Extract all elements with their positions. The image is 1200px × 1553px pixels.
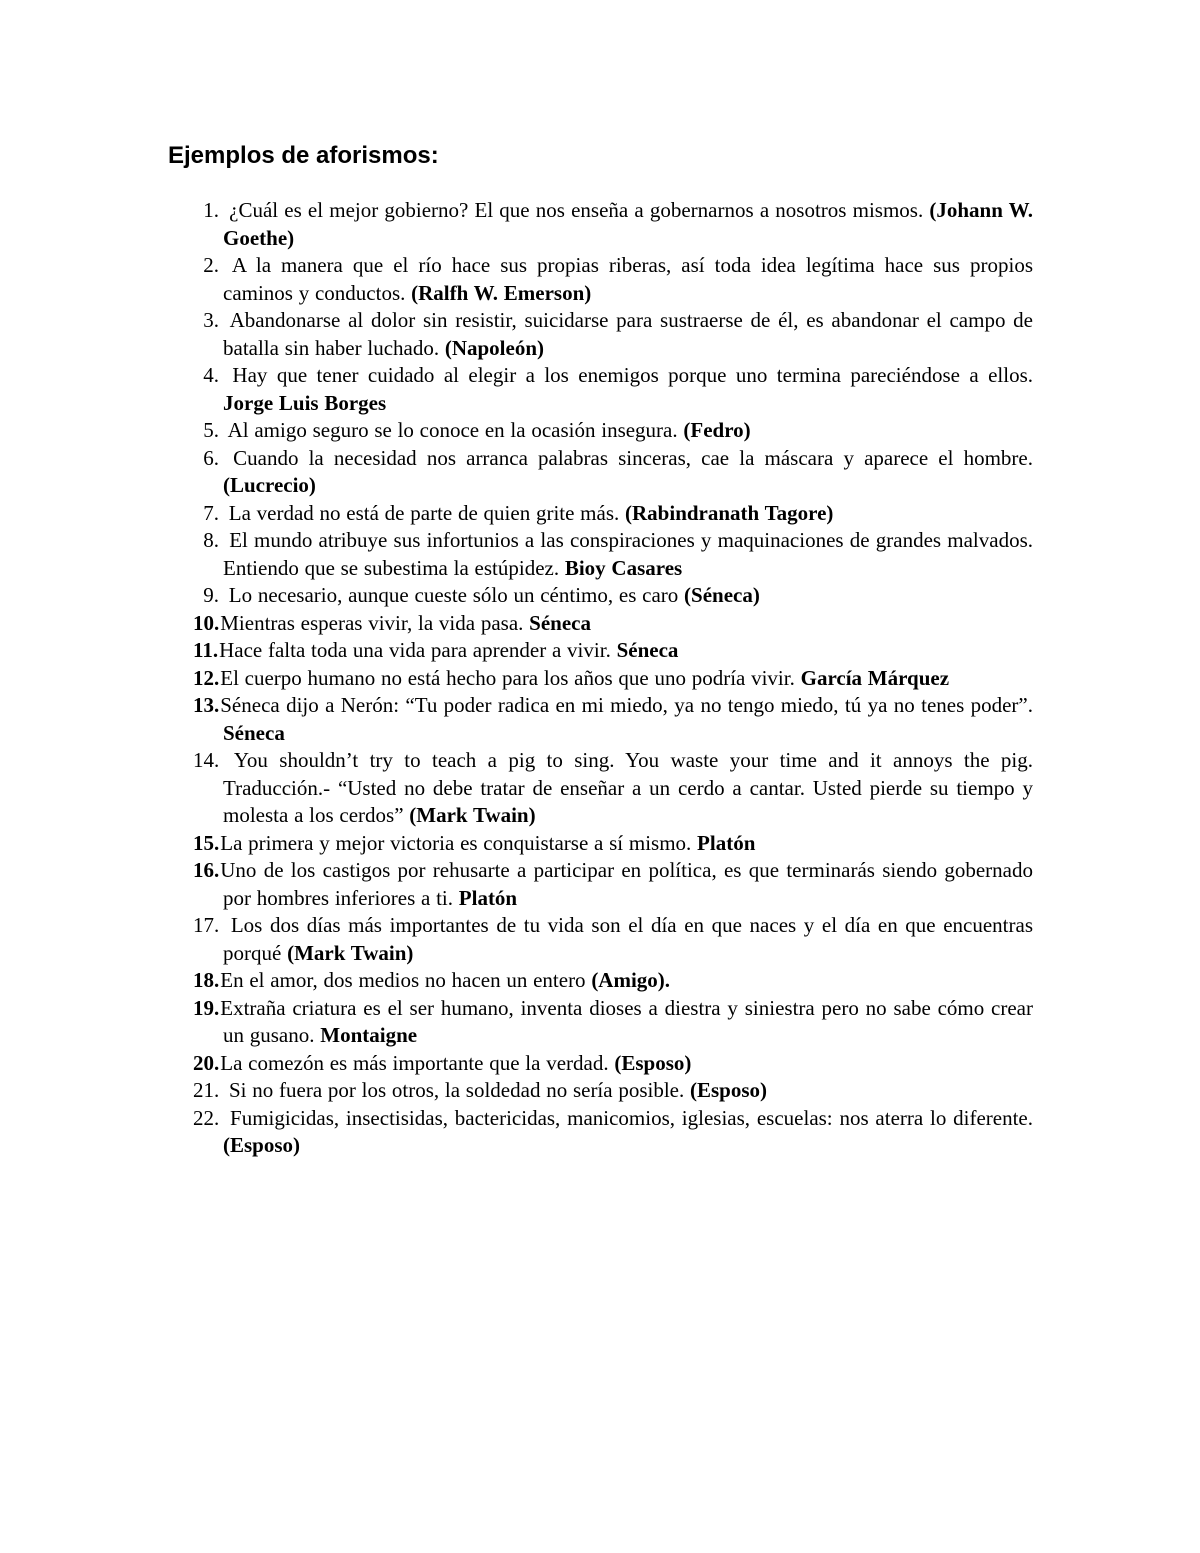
author-name: Platón xyxy=(697,831,755,855)
item-number: 17. xyxy=(193,912,223,940)
item-number: 22. xyxy=(193,1105,223,1133)
aphorism-text: En el amor, dos medios no hacen un enter… xyxy=(220,968,591,992)
item-number: 4. xyxy=(193,362,223,390)
author-name: (Esposo) xyxy=(690,1078,767,1102)
list-item: 6. Cuando la necesidad nos arranca palab… xyxy=(193,445,1033,500)
item-number: 12. xyxy=(193,665,220,693)
item-number: 13. xyxy=(193,692,220,720)
list-item: 16.Uno de los castigos por rehusarte a p… xyxy=(193,857,1033,912)
author-name: (Ralfh W. Emerson) xyxy=(411,281,591,305)
list-item: 7. La verdad no está de parte de quien g… xyxy=(193,500,1033,528)
list-item: 12.El cuerpo humano no está hecho para l… xyxy=(193,665,1033,693)
item-number: 8. xyxy=(193,527,223,555)
author-name: (Mark Twain) xyxy=(409,803,535,827)
author-name: Séneca xyxy=(617,638,679,662)
list-item: 5. Al amigo seguro se lo conoce en la oc… xyxy=(193,417,1033,445)
list-item: 13.Séneca dijo a Nerón: “Tu poder radica… xyxy=(193,692,1033,747)
aphorism-text: La primera y mejor victoria es conquista… xyxy=(220,831,697,855)
list-item: 10.Mientras esperas vivir, la vida pasa.… xyxy=(193,610,1033,638)
aphorism-text: Mientras esperas vivir, la vida pasa. xyxy=(220,611,529,635)
item-number: 6. xyxy=(193,445,223,473)
list-item: 21. Si no fuera por los otros, la solded… xyxy=(193,1077,1033,1105)
item-number: 15. xyxy=(193,830,220,858)
author-name: (Rabindranath Tagore) xyxy=(625,501,833,525)
aphorism-list: 1. ¿Cuál es el mejor gobierno? El que no… xyxy=(193,197,1033,1160)
item-number: 9. xyxy=(193,582,223,610)
document-page: Ejemplos de aforismos: 1. ¿Cuál es el me… xyxy=(0,0,1200,1553)
item-number: 2. xyxy=(193,252,223,280)
item-number: 18. xyxy=(193,967,220,995)
list-item: 2. A la manera que el río hace sus propi… xyxy=(193,252,1033,307)
aphorism-text: A la manera que el río hace sus propias … xyxy=(223,253,1033,305)
author-name: (Lucrecio) xyxy=(223,473,316,497)
aphorism-text: El cuerpo humano no está hecho para los … xyxy=(220,666,800,690)
aphorism-text: Hay que tener cuidado al elegir a los en… xyxy=(232,363,1033,387)
author-name: Séneca xyxy=(529,611,591,635)
aphorism-text: Abandonarse al dolor sin resistir, suici… xyxy=(223,308,1033,360)
list-item: 4. Hay que tener cuidado al elegir a los… xyxy=(193,362,1033,417)
author-name: (Séneca) xyxy=(684,583,760,607)
document-title: Ejemplos de aforismos: xyxy=(168,143,1033,169)
aphorism-text: Fumigicidas, insectisidas, bactericidas,… xyxy=(230,1106,1033,1130)
list-item: 1. ¿Cuál es el mejor gobierno? El que no… xyxy=(193,197,1033,252)
list-item: 3. Abandonarse al dolor sin resistir, su… xyxy=(193,307,1033,362)
author-name: Montaigne xyxy=(320,1023,417,1047)
author-name: (Fedro) xyxy=(683,418,750,442)
author-name: Séneca xyxy=(223,721,285,745)
item-number: 11. xyxy=(193,637,219,665)
author-name: Jorge Luis Borges xyxy=(223,391,386,415)
item-number: 16. xyxy=(193,857,220,885)
author-name: (Esposo) xyxy=(614,1051,691,1075)
author-name: Platón xyxy=(459,886,517,910)
list-item: 20.La comezón es más importante que la v… xyxy=(193,1050,1033,1078)
list-item: 22. Fumigicidas, insectisidas, bacterici… xyxy=(193,1105,1033,1160)
aphorism-text: La comezón es más importante que la verd… xyxy=(220,1051,614,1075)
item-number: 21. xyxy=(193,1077,223,1105)
aphorism-text: Al amigo seguro se lo conoce en la ocasi… xyxy=(228,418,684,442)
item-number: 7. xyxy=(193,500,223,528)
author-name: (Napoleón) xyxy=(445,336,544,360)
aphorism-text: Si no fuera por los otros, la soldedad n… xyxy=(229,1078,690,1102)
aphorism-text: Séneca dijo a Nerón: “Tu poder radica en… xyxy=(220,693,1033,717)
item-number: 19. xyxy=(193,995,220,1023)
aphorism-text: Hace falta toda una vida para aprender a… xyxy=(219,638,616,662)
author-name: Bioy Casares xyxy=(565,556,682,580)
list-item: 15.La primera y mejor victoria es conqui… xyxy=(193,830,1033,858)
item-number: 14. xyxy=(193,747,223,775)
item-number: 3. xyxy=(193,307,223,335)
author-name: (Mark Twain) xyxy=(287,941,413,965)
item-number: 10. xyxy=(193,610,220,638)
list-item: 9. Lo necesario, aunque cueste sólo un c… xyxy=(193,582,1033,610)
aphorism-text: Cuando la necesidad nos arranca palabras… xyxy=(233,446,1033,470)
aphorism-text: ¿Cuál es el mejor gobierno? El que nos e… xyxy=(229,198,929,222)
list-item: 11.Hace falta toda una vida para aprende… xyxy=(193,637,1033,665)
aphorism-text: Uno de los castigos por rehusarte a part… xyxy=(220,858,1033,910)
aphorism-text: You shouldn’t try to teach a pig to sing… xyxy=(223,748,1033,827)
author-name: (Esposo) xyxy=(223,1133,300,1157)
list-item: 17. Los dos días más importantes de tu v… xyxy=(193,912,1033,967)
author-name: García Márquez xyxy=(801,666,949,690)
item-number: 20. xyxy=(193,1050,220,1078)
item-number: 1. xyxy=(193,197,223,225)
list-item: 14. You shouldn’t try to teach a pig to … xyxy=(193,747,1033,830)
list-item: 19.Extraña criatura es el ser humano, in… xyxy=(193,995,1033,1050)
aphorism-text: Lo necesario, aunque cueste sólo un cént… xyxy=(229,583,684,607)
list-item: 8. El mundo atribuye sus infortunios a l… xyxy=(193,527,1033,582)
aphorism-text: La verdad no está de parte de quien grit… xyxy=(229,501,625,525)
author-name: (Amigo). xyxy=(591,968,670,992)
item-number: 5. xyxy=(193,417,223,445)
list-item: 18.En el amor, dos medios no hacen un en… xyxy=(193,967,1033,995)
